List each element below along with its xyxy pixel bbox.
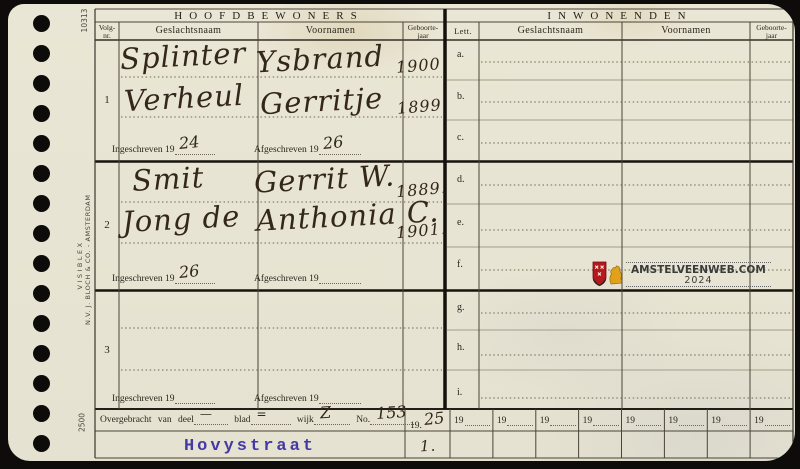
card-serial-top: 10313 bbox=[80, 7, 89, 34]
punch-hole bbox=[33, 315, 50, 332]
year-cell: 19 bbox=[664, 409, 707, 431]
column-header-volgnr: Volg- nr. bbox=[95, 22, 119, 40]
afgeschreven-label: Afgeschreven 19 bbox=[254, 145, 319, 155]
wijk-dotted-line: Z bbox=[314, 413, 350, 425]
afgeschreven-dotted-line bbox=[319, 272, 361, 284]
year-cells-row: 1919191919191919 bbox=[450, 409, 793, 431]
no-label: No. bbox=[356, 415, 370, 425]
punch-hole bbox=[33, 375, 50, 392]
entry-surname: Verheul bbox=[123, 80, 245, 116]
year-cell: 19 bbox=[707, 409, 750, 431]
afgeschreven-label: Afgeschreven 19 bbox=[254, 274, 319, 284]
punch-hole bbox=[33, 435, 50, 452]
printer-imprint: VISIBLEX N.V. J. BLOCH & CO. - AMSTERDAM bbox=[76, 205, 92, 325]
lett-row-d: d. bbox=[457, 174, 477, 185]
entry-firstnames: Gerritje bbox=[259, 83, 384, 119]
year-cell-prefix: 19 bbox=[711, 416, 721, 426]
section-number-1: 1 bbox=[95, 94, 119, 106]
printer-address: N.V. J. BLOCH & CO. - AMSTERDAM bbox=[84, 205, 92, 325]
lett-row-f: f. bbox=[457, 259, 477, 270]
punch-hole bbox=[33, 225, 50, 242]
column-header-volgnr-line2: nr. bbox=[95, 32, 119, 40]
ingeschreven-line-2: Ingeschreven 1926 bbox=[112, 272, 215, 287]
watermark-text-box: AMSTELVEENWEB.COM 2024 bbox=[626, 262, 771, 287]
punch-hole bbox=[33, 45, 50, 62]
blad-dotted-line: = bbox=[251, 413, 291, 425]
ingeschreven-line-1: Ingeschreven 1924 bbox=[112, 143, 215, 158]
punch-hole bbox=[33, 75, 50, 92]
punch-hole bbox=[33, 135, 50, 152]
watermark: AMSTELVEENWEB.COM 2024 bbox=[592, 261, 771, 287]
street-name: Hovystraat bbox=[95, 434, 405, 459]
entry-surname: Jong de bbox=[121, 201, 241, 237]
watermark-site: AMSTELVEENWEB.COM bbox=[631, 264, 766, 276]
blad-label: blad bbox=[234, 415, 250, 425]
section-number-3: 3 bbox=[95, 344, 119, 356]
no-value-handwritten: 153 bbox=[376, 402, 408, 423]
entry-firstnames: Ysbrand bbox=[255, 41, 384, 78]
column-header-geboortejaar-right-line2: jaar bbox=[750, 32, 793, 40]
year-cell-dotted-line bbox=[507, 414, 532, 426]
punch-hole bbox=[33, 255, 50, 272]
ingeschreven-year-handwritten: 26 bbox=[178, 261, 200, 282]
year-cell: 19 bbox=[750, 409, 793, 431]
afgeschreven-dotted-line: 26 bbox=[319, 143, 361, 155]
punch-hole bbox=[33, 105, 50, 122]
year-cell-dotted-line bbox=[550, 414, 575, 426]
wijk-label: wijk bbox=[297, 415, 314, 425]
year-cell-prefix: 19 bbox=[583, 416, 593, 426]
column-header-geslachtsnaam-right: Geslachtsnaam bbox=[479, 22, 622, 40]
year-cell-prefix: 19 bbox=[626, 416, 636, 426]
entry-surname: Splinter bbox=[119, 38, 247, 75]
year-cell-dotted-line bbox=[636, 414, 661, 426]
year-cell-dotted-line bbox=[593, 414, 618, 426]
overgebracht-label: Overgebracht van deel bbox=[100, 415, 194, 425]
year-cell-dotted-line bbox=[722, 414, 747, 426]
lett-row-i: i. bbox=[457, 387, 477, 398]
punch-hole bbox=[33, 165, 50, 182]
lett-row-a: a. bbox=[457, 49, 477, 60]
year-cell-dotted-line bbox=[765, 414, 790, 426]
registration-card: 10313 VISIBLEX N.V. J. BLOCH & CO. - AMS… bbox=[8, 4, 795, 461]
card-serial-bottom: 2500 bbox=[78, 408, 87, 438]
printer-name: VISIBLEX bbox=[76, 205, 84, 325]
punch-hole bbox=[33, 285, 50, 302]
ingeschreven-dotted-line: 24 bbox=[175, 143, 215, 155]
ingeschreven-label: Ingeschreven 19 bbox=[112, 145, 175, 155]
section-title-inwonenden: INWONENDEN bbox=[447, 9, 793, 22]
section-number-2: 2 bbox=[95, 219, 119, 231]
column-header-voornamen-right: Voornamen bbox=[622, 22, 750, 40]
entry-firstnames: Gerrit W. bbox=[253, 160, 396, 197]
year-cell-prefix: 19 bbox=[754, 416, 764, 426]
ingeschreven-line-3: Ingeschreven 19 bbox=[112, 392, 215, 407]
punch-hole bbox=[33, 345, 50, 362]
watermark-year: 2024 bbox=[631, 276, 766, 286]
year-cell: 19 bbox=[493, 409, 536, 431]
ingeschreven-dotted-line: 26 bbox=[175, 272, 215, 284]
year-cell: 19 bbox=[536, 409, 579, 431]
amstelveen-coat-of-arms-icon bbox=[592, 261, 622, 287]
ingeschreven-dotted-line bbox=[175, 392, 215, 404]
blad-value-handwritten: = bbox=[257, 407, 267, 421]
entry-birthyear: 1899 bbox=[396, 95, 442, 118]
year-cell: 19 bbox=[450, 409, 493, 431]
punch-hole bbox=[33, 15, 50, 32]
year-cell-prefix: 19 bbox=[454, 416, 464, 426]
column-header-lett: Lett. bbox=[447, 22, 479, 40]
entry-surname: Smit bbox=[131, 162, 205, 196]
section-title-hoofdbewoners: HOOFDBEWONERS bbox=[95, 9, 443, 22]
punch-hole bbox=[33, 195, 50, 212]
first-year-cell: 19.25 bbox=[410, 413, 442, 428]
lett-row-b: b. bbox=[457, 91, 477, 102]
house-number-handwritten: 1. bbox=[420, 437, 437, 456]
lett-row-c: c. bbox=[457, 132, 477, 143]
year-cell: 19 bbox=[579, 409, 622, 431]
deel-dotted-line: — bbox=[194, 413, 228, 425]
afgeschreven-year-handwritten: 26 bbox=[322, 132, 344, 153]
lett-row-h: h. bbox=[457, 342, 477, 353]
deel-value-handwritten: — bbox=[200, 407, 212, 421]
overgebracht-row: Overgebracht van deel— blad= wijkZ No.15… bbox=[100, 413, 416, 428]
year-cell: 19 bbox=[622, 409, 665, 431]
year-cell-prefix: 19 bbox=[540, 416, 550, 426]
year-cell-dotted-line bbox=[465, 414, 490, 426]
afgeschreven-line-2: Afgeschreven 19 bbox=[254, 272, 361, 287]
punch-hole bbox=[33, 405, 50, 422]
year-cell-dotted-line bbox=[679, 414, 704, 426]
first-year-handwritten: 25 bbox=[423, 408, 445, 429]
first-year-prefix: 19. bbox=[410, 421, 422, 431]
year-cell-prefix: 19 bbox=[497, 416, 507, 426]
column-header-geboortejaar-right: Geboorte- jaar bbox=[750, 22, 793, 40]
column-header-voornamen-left: Voornamen bbox=[258, 22, 403, 40]
wijk-value-handwritten: Z bbox=[319, 403, 331, 423]
scanned-card-photo: 10313 VISIBLEX N.V. J. BLOCH & CO. - AMS… bbox=[0, 0, 800, 469]
ingeschreven-year-handwritten: 24 bbox=[178, 132, 200, 153]
year-cell-prefix: 19 bbox=[668, 416, 678, 426]
afgeschreven-label: Afgeschreven 19 bbox=[254, 394, 319, 404]
column-header-geboortejaar-left: Geboorte- jaar bbox=[403, 22, 443, 40]
ingeschreven-label: Ingeschreven 19 bbox=[112, 394, 175, 404]
entry-birthyear: 1900 bbox=[395, 54, 441, 77]
ingeschreven-label: Ingeschreven 19 bbox=[112, 274, 175, 284]
lett-row-g: g. bbox=[457, 302, 477, 313]
afgeschreven-line-3: Afgeschreven 19 bbox=[254, 392, 361, 407]
lett-row-e: e. bbox=[457, 217, 477, 228]
afgeschreven-line-1: Afgeschreven 1926 bbox=[254, 143, 361, 158]
column-header-geboortejaar-left-line2: jaar bbox=[403, 32, 443, 40]
